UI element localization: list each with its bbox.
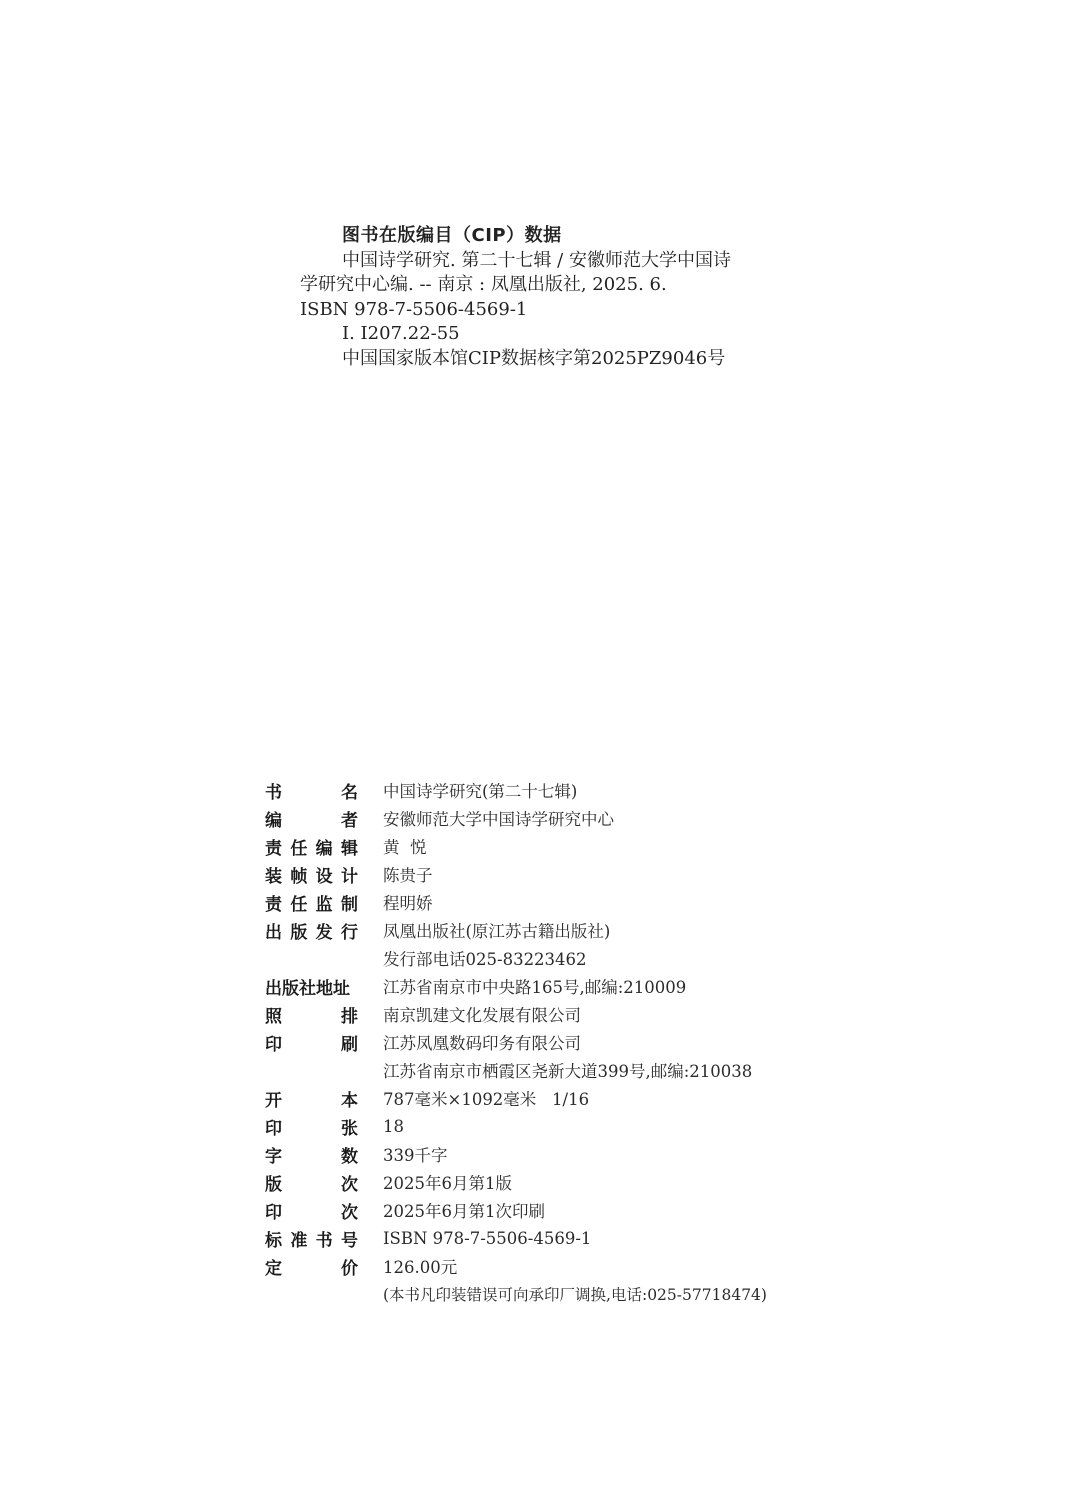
colophon-value: 787毫米×1092毫米 1/16 <box>383 1086 589 1110</box>
label-char: 定 <box>265 1254 282 1279</box>
cip-title: 图书在版编目（CIP）数据 <box>300 224 800 249</box>
colophon-row: 书名中国诗学研究(第二十七辑) <box>265 776 865 804</box>
colophon-row: 江苏省南京市栖霞区尧新大道399号,邮编:210038 <box>265 1056 865 1084</box>
colophon-value: 江苏凤凰数码印务有限公司 <box>383 1030 581 1054</box>
label-char: 编 <box>316 834 333 859</box>
label-char: 书 <box>265 778 282 803</box>
label-char: 价 <box>341 1254 358 1279</box>
colophon-value: 凤凰出版社(原江苏古籍出版社) <box>383 918 610 942</box>
colophon-label: 责任监制 <box>265 890 358 915</box>
label-char: 版 <box>265 1170 282 1195</box>
colophon-label: 开本 <box>265 1086 358 1111</box>
colophon-row: 出版发行凤凰出版社(原江苏古籍出版社) <box>265 916 865 944</box>
label-char: 次 <box>341 1170 358 1195</box>
colophon-value: 江苏省南京市中央路165号,邮编:210009 <box>383 974 686 998</box>
colophon-label: 印刷 <box>265 1030 358 1055</box>
label-char: 任 <box>290 890 307 915</box>
label-char: 张 <box>341 1114 358 1139</box>
label-char: 责 <box>265 890 282 915</box>
label-char: 标 <box>265 1226 282 1251</box>
colophon-label: 出版发行 <box>265 918 358 943</box>
cip-line: 中国诗学研究. 第二十七辑 / 安徽师范大学中国诗 <box>300 249 800 274</box>
colophon-row: 责任监制程明娇 <box>265 888 865 916</box>
colophon-value: 黄 悦 <box>383 834 427 858</box>
colophon-label: 照排 <box>265 1002 358 1027</box>
label-char: 任 <box>290 834 307 859</box>
colophon-label: 标准书号 <box>265 1226 358 1251</box>
colophon-value: 18 <box>383 1117 404 1136</box>
colophon-value: 程明娇 <box>383 890 433 914</box>
colophon-table: 书名中国诗学研究(第二十七辑)编者安徽师范大学中国诗学研究中心责任编辑黄 悦装帧… <box>265 776 865 1308</box>
colophon-row: 印张18 <box>265 1112 865 1140</box>
label-char: 版 <box>290 918 307 943</box>
colophon-row: 字数339千字 <box>265 1140 865 1168</box>
label-char: 字 <box>265 1142 282 1167</box>
cip-lines: 中国诗学研究. 第二十七辑 / 安徽师范大学中国诗学研究中心编. -- 南京 :… <box>300 249 800 372</box>
colophon-label: 装帧设计 <box>265 862 358 887</box>
label-char: 出版社地址 <box>265 974 350 999</box>
colophon-value: 339千字 <box>383 1142 448 1166</box>
label-char: 开 <box>265 1086 282 1111</box>
colophon-label: 版次 <box>265 1170 358 1195</box>
colophon-row: 印次2025年6月第1次印刷 <box>265 1196 865 1224</box>
colophon-label: 书名 <box>265 778 358 803</box>
colophon-row: 责任编辑黄 悦 <box>265 832 865 860</box>
colophon-note: (本书凡印装错误可向承印厂调换,电话:025-57718474) <box>383 1283 767 1305</box>
colophon-row: 定价126.00元 <box>265 1252 865 1280</box>
label-char: 照 <box>265 1002 282 1027</box>
colophon-value: 安徽师范大学中国诗学研究中心 <box>383 806 614 830</box>
label-char: 计 <box>341 862 358 887</box>
label-char: 印 <box>265 1030 282 1055</box>
label-char: 出 <box>265 918 282 943</box>
cip-line: 学研究中心编. -- 南京 : 凤凰出版社, 2025. 6. <box>300 273 800 298</box>
colophon-label: 出版社地址 <box>265 974 358 999</box>
label-char: 辑 <box>341 834 358 859</box>
colophon-value: 发行部电话025-83223462 <box>383 946 587 970</box>
cip-line: Ⅰ. I207.22-55 <box>300 322 800 347</box>
label-char: 制 <box>341 890 358 915</box>
label-char: 次 <box>341 1198 358 1223</box>
colophon-value: 中国诗学研究(第二十七辑) <box>383 778 577 802</box>
colophon-label: 责任编辑 <box>265 834 358 859</box>
label-char: 刷 <box>341 1030 358 1055</box>
colophon-row: 开本787毫米×1092毫米 1/16 <box>265 1084 865 1112</box>
label-char: 装 <box>265 862 282 887</box>
label-char: 监 <box>316 890 333 915</box>
colophon-row: 版次2025年6月第1版 <box>265 1168 865 1196</box>
colophon-label: 印次 <box>265 1198 358 1223</box>
colophon-row: 印刷江苏凤凰数码印务有限公司 <box>265 1028 865 1056</box>
colophon-row: 装帧设计陈贵子 <box>265 860 865 888</box>
label-char: 责 <box>265 834 282 859</box>
label-char: 排 <box>341 1002 358 1027</box>
colophon-value: 江苏省南京市栖霞区尧新大道399号,邮编:210038 <box>383 1058 752 1082</box>
colophon-label: 字数 <box>265 1142 358 1167</box>
label-char: 者 <box>341 806 358 831</box>
colophon-row: 编者安徽师范大学中国诗学研究中心 <box>265 804 865 832</box>
label-char: 设 <box>316 862 333 887</box>
colophon-label: 编者 <box>265 806 358 831</box>
label-char: 号 <box>341 1226 358 1251</box>
label-char: 印 <box>265 1114 282 1139</box>
colophon-row: 照排南京凯建文化发展有限公司 <box>265 1000 865 1028</box>
label-char: 帧 <box>290 862 307 887</box>
label-char: 印 <box>265 1198 282 1223</box>
colophon-label: 定价 <box>265 1254 358 1279</box>
cip-line: ISBN 978-7-5506-4569-1 <box>300 298 800 323</box>
label-char: 本 <box>341 1086 358 1111</box>
label-char: 名 <box>341 778 358 803</box>
colophon-label: 印张 <box>265 1114 358 1139</box>
colophon-row: 发行部电话025-83223462 <box>265 944 865 972</box>
cip-data-block: 图书在版编目（CIP）数据 中国诗学研究. 第二十七辑 / 安徽师范大学中国诗学… <box>300 224 800 371</box>
colophon-value: ISBN 978-7-5506-4569-1 <box>383 1229 591 1248</box>
label-char: 数 <box>341 1142 358 1167</box>
label-char: 编 <box>265 806 282 831</box>
colophon-row: 标准书号ISBN 978-7-5506-4569-1 <box>265 1224 865 1252</box>
colophon-value: 2025年6月第1次印刷 <box>383 1198 545 1222</box>
cip-line: 中国国家版本馆CIP数据核字第2025PZ9046号 <box>300 347 800 372</box>
colophon-value: 2025年6月第1版 <box>383 1170 512 1194</box>
colophon-row: 出版社地址江苏省南京市中央路165号,邮编:210009 <box>265 972 865 1000</box>
label-char: 准 <box>290 1226 307 1251</box>
colophon-value: 南京凯建文化发展有限公司 <box>383 1002 581 1026</box>
label-char: 行 <box>341 918 358 943</box>
label-char: 发 <box>316 918 333 943</box>
label-char: 书 <box>316 1226 333 1251</box>
colophon-value: 126.00元 <box>383 1254 457 1278</box>
colophon-row: (本书凡印装错误可向承印厂调换,电话:025-57718474) <box>265 1280 865 1308</box>
colophon-value: 陈贵子 <box>383 862 433 886</box>
